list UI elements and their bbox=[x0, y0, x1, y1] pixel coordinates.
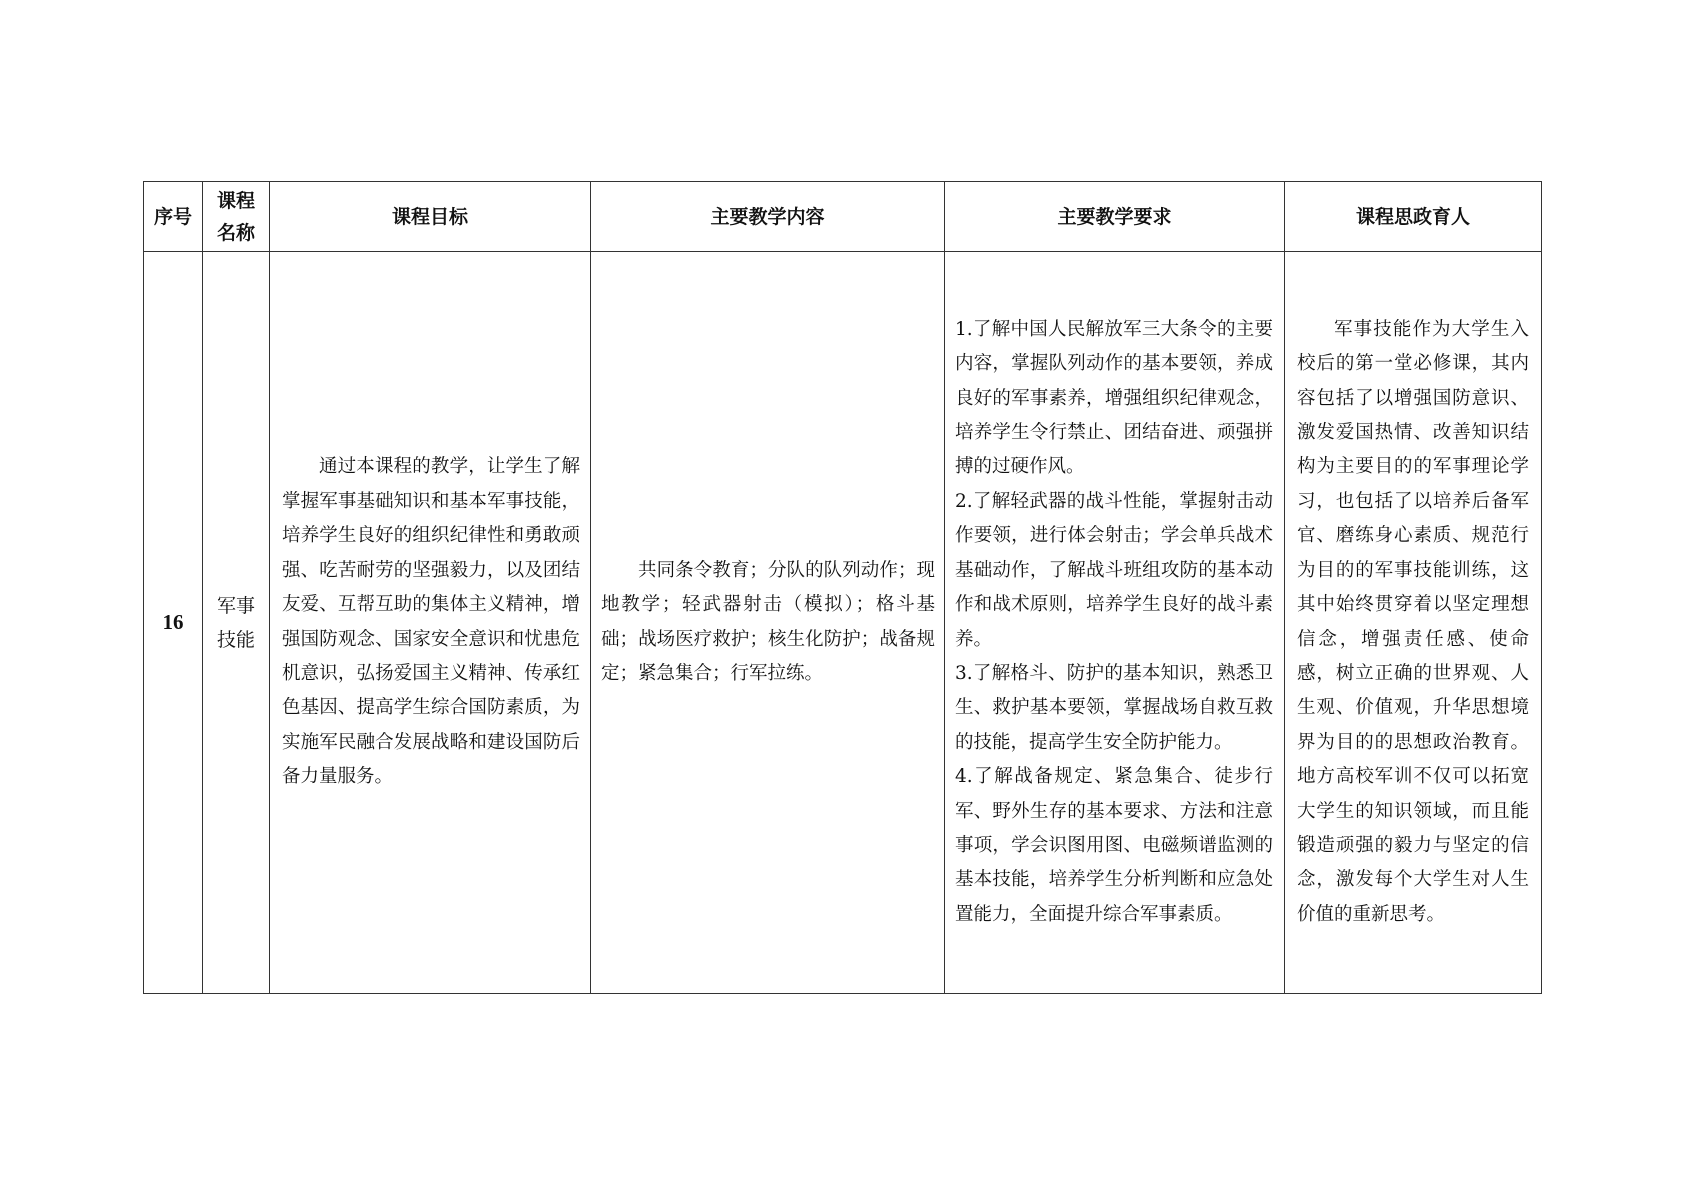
header-course-name: 课程名称 bbox=[203, 182, 270, 252]
cell-requirements: 1.了解中国人民解放军三大条令的主要内容，掌握队列动作的基本要领，养成良好的军事… bbox=[945, 252, 1285, 994]
objective-text: 通过本课程的教学，让学生了解掌握军事基础知识和基本军事技能，培养学生良好的组织纪… bbox=[282, 450, 580, 794]
course-table: 序号 课程名称 课程目标 主要教学内容 主要教学要求 课程思政育人 16 军事技… bbox=[143, 181, 1542, 994]
header-ideological: 课程思政育人 bbox=[1285, 182, 1542, 252]
header-content: 主要教学内容 bbox=[591, 182, 945, 252]
cell-content: 共同条令教育；分队的队列动作；现地教学；轻武器射击（模拟）；格斗基础；战场医疗救… bbox=[591, 252, 945, 994]
content-text: 共同条令教育；分队的队列动作；现地教学；轻武器射击（模拟）；格斗基础；战场医疗救… bbox=[601, 554, 935, 692]
cell-objective: 通过本课程的教学，让学生了解掌握军事基础知识和基本军事技能，培养学生良好的组织纪… bbox=[270, 252, 591, 994]
cell-ideological: 军事技能作为大学生入校后的第一堂必修课，其内容包括了以增强国防意识、激发爱国热情… bbox=[1285, 252, 1542, 994]
ideological-text: 军事技能作为大学生入校后的第一堂必修课，其内容包括了以增强国防意识、激发爱国热情… bbox=[1297, 313, 1529, 932]
requirement-item-4: 4.了解战备规定、紧急集合、徒步行军、野外生存的基本要求、方法和注意事项，学会识… bbox=[955, 760, 1273, 932]
cell-course-name: 军事技能 bbox=[203, 252, 270, 994]
cell-seq: 16 bbox=[144, 252, 203, 994]
header-seq: 序号 bbox=[144, 182, 203, 252]
table-row: 16 军事技能 通过本课程的教学，让学生了解掌握军事基础知识和基本军事技能，培养… bbox=[144, 252, 1542, 994]
header-requirements: 主要教学要求 bbox=[945, 182, 1285, 252]
requirement-item-2: 2.了解轻武器的战斗性能，掌握射击动作要领，进行体会射击；学会单兵战术基础动作，… bbox=[955, 485, 1273, 657]
requirement-item-3: 3.了解格斗、防护的基本知识，熟悉卫生、救护基本要领，掌握战场自救互救的技能，提… bbox=[955, 657, 1273, 760]
requirement-item-1: 1.了解中国人民解放军三大条令的主要内容，掌握队列动作的基本要领，养成良好的军事… bbox=[955, 313, 1273, 485]
header-objective: 课程目标 bbox=[270, 182, 591, 252]
table-header-row: 序号 课程名称 课程目标 主要教学内容 主要教学要求 课程思政育人 bbox=[144, 182, 1542, 252]
